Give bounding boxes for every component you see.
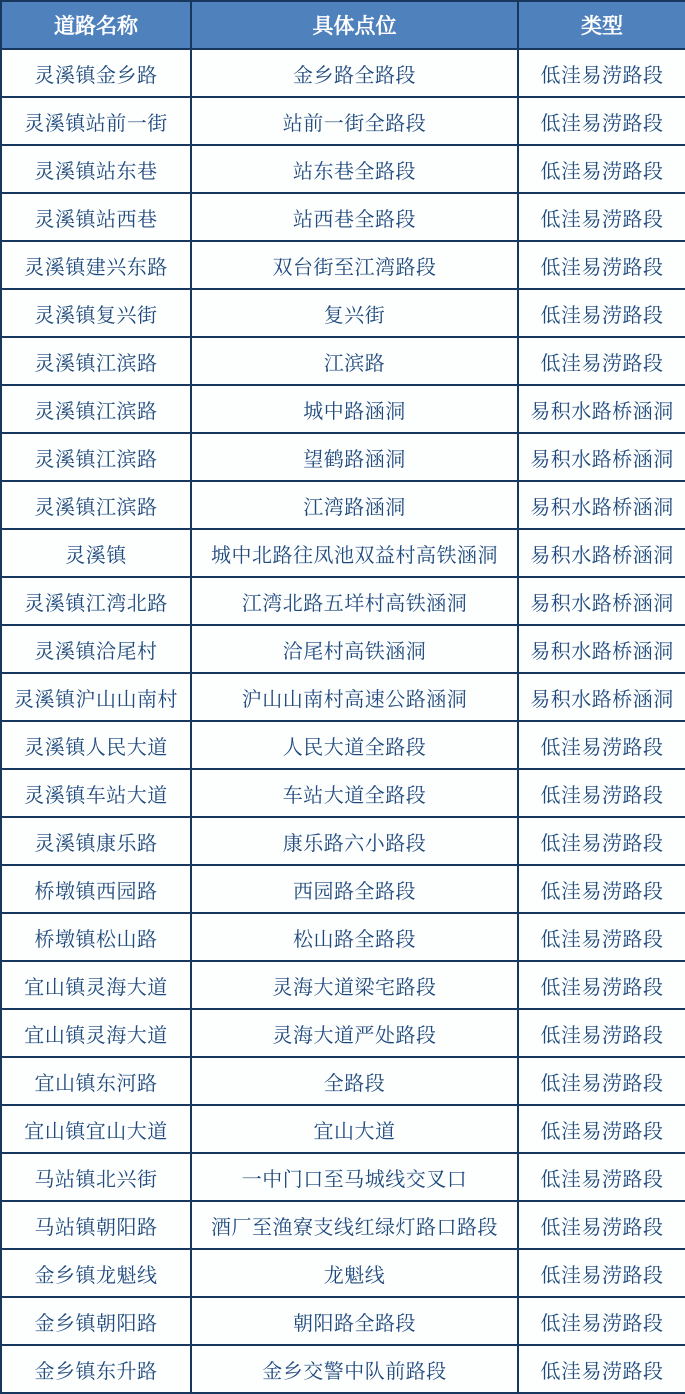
type-cell: 低洼易涝路段: [518, 49, 685, 97]
road-name-cell: 灵溪镇洽尾村: [1, 625, 191, 673]
road-name-cell: 马站镇朝阳路: [1, 1201, 191, 1249]
type-cell: 低洼易涝路段: [518, 97, 685, 145]
location-cell: 龙魁线: [191, 1249, 518, 1297]
road-name-cell: 灵溪镇站前一街: [1, 97, 191, 145]
location-cell: 松山路全路段: [191, 913, 518, 961]
table-row: 灵溪镇江滨路 江滨路 低洼易涝路段: [1, 337, 685, 385]
type-cell: 易积水路桥涵洞: [518, 433, 685, 481]
type-cell: 低洼易涝路段: [518, 241, 685, 289]
table-row: 灵溪镇站前一街 站前一街全路段 低洼易涝路段: [1, 97, 685, 145]
type-cell: 低洼易涝路段: [518, 961, 685, 1009]
type-cell: 低洼易涝路段: [518, 865, 685, 913]
location-cell: 站西巷全路段: [191, 193, 518, 241]
table-row: 金乡镇东升路 金乡交警中队前路段 低洼易涝路段: [1, 1345, 685, 1393]
table-row: 桥墩镇西园路 西园路全路段 低洼易涝路段: [1, 865, 685, 913]
type-cell: 低洼易涝路段: [518, 145, 685, 193]
type-cell: 低洼易涝路段: [518, 1153, 685, 1201]
table-row: 宜山镇东河路 全路段 低洼易涝路段: [1, 1057, 685, 1105]
type-cell: 低洼易涝路段: [518, 1297, 685, 1345]
type-cell: 低洼易涝路段: [518, 289, 685, 337]
location-cell: 城中路涵洞: [191, 385, 518, 433]
location-cell: 江滨路: [191, 337, 518, 385]
table-row: 宜山镇宜山大道 宜山大道 低洼易涝路段: [1, 1105, 685, 1153]
location-cell: 西园路全路段: [191, 865, 518, 913]
type-cell: 低洼易涝路段: [518, 1105, 685, 1153]
road-name-cell: 灵溪镇江滨路: [1, 337, 191, 385]
table-row: 桥墩镇松山路 松山路全路段 低洼易涝路段: [1, 913, 685, 961]
location-cell: 康乐路六小路段: [191, 817, 518, 865]
location-cell: 人民大道全路段: [191, 721, 518, 769]
table-row: 灵溪镇江滨路 城中路涵洞 易积水路桥涵洞: [1, 385, 685, 433]
road-name-cell: 金乡镇朝阳路: [1, 1297, 191, 1345]
road-name-cell: 宜山镇灵海大道: [1, 1009, 191, 1057]
header-road-name: 道路名称: [1, 1, 191, 49]
table-header: 道路名称 具体点位 类型: [1, 1, 685, 49]
location-cell: 宜山大道: [191, 1105, 518, 1153]
road-name-cell: 灵溪镇站西巷: [1, 193, 191, 241]
road-name-cell: 灵溪镇江滨路: [1, 481, 191, 529]
table-row: 灵溪镇复兴街 复兴街 低洼易涝路段: [1, 289, 685, 337]
location-cell: 江湾北路五垟村高铁涵洞: [191, 577, 518, 625]
table-row: 灵溪镇车站大道 车站大道全路段 低洼易涝路段: [1, 769, 685, 817]
road-name-cell: 灵溪镇建兴东路: [1, 241, 191, 289]
location-cell: 全路段: [191, 1057, 518, 1105]
header-location: 具体点位: [191, 1, 518, 49]
road-name-cell: 金乡镇东升路: [1, 1345, 191, 1393]
location-cell: 车站大道全路段: [191, 769, 518, 817]
location-cell: 江湾路涵洞: [191, 481, 518, 529]
type-cell: 易积水路桥涵洞: [518, 481, 685, 529]
location-cell: 灵海大道梁宅路段: [191, 961, 518, 1009]
type-cell: 低洼易涝路段: [518, 1057, 685, 1105]
road-name-cell: 灵溪镇江湾北路: [1, 577, 191, 625]
table-row: 马站镇北兴街 一中门口至马城线交叉口 低洼易涝路段: [1, 1153, 685, 1201]
road-name-cell: 灵溪镇江滨路: [1, 433, 191, 481]
table-row: 灵溪镇建兴东路 双台街至江湾路段 低洼易涝路段: [1, 241, 685, 289]
location-cell: 朝阳路全路段: [191, 1297, 518, 1345]
type-cell: 易积水路桥涵洞: [518, 673, 685, 721]
type-cell: 低洼易涝路段: [518, 337, 685, 385]
road-name-cell: 灵溪镇金乡路: [1, 49, 191, 97]
road-name-cell: 灵溪镇复兴街: [1, 289, 191, 337]
table-body: 灵溪镇金乡路 金乡路全路段 低洼易涝路段 灵溪镇站前一街 站前一街全路段 低洼易…: [1, 49, 685, 1393]
table-row: 灵溪镇江滨路 望鹤路涵洞 易积水路桥涵洞: [1, 433, 685, 481]
location-cell: 灵海大道严处路段: [191, 1009, 518, 1057]
location-cell: 站东巷全路段: [191, 145, 518, 193]
header-type: 类型: [518, 1, 685, 49]
table-row: 马站镇朝阳路 酒厂至渔寮支线红绿灯路口路段 低洼易涝路段: [1, 1201, 685, 1249]
road-name-cell: 宜山镇东河路: [1, 1057, 191, 1105]
type-cell: 易积水路桥涵洞: [518, 385, 685, 433]
location-cell: 城中北路往凤池双益村高铁涵洞: [191, 529, 518, 577]
table-row: 金乡镇朝阳路 朝阳路全路段 低洼易涝路段: [1, 1297, 685, 1345]
table-row: 灵溪镇 城中北路往凤池双益村高铁涵洞 易积水路桥涵洞: [1, 529, 685, 577]
flood-roads-table: 道路名称 具体点位 类型 灵溪镇金乡路 金乡路全路段 低洼易涝路段 灵溪镇站前一…: [0, 0, 685, 1394]
table-row: 灵溪镇康乐路 康乐路六小路段 低洼易涝路段: [1, 817, 685, 865]
table-row: 宜山镇灵海大道 灵海大道梁宅路段 低洼易涝路段: [1, 961, 685, 1009]
road-name-cell: 桥墩镇西园路: [1, 865, 191, 913]
table-row: 金乡镇龙魁线 龙魁线 低洼易涝路段: [1, 1249, 685, 1297]
location-cell: 沪山山南村高速公路涵洞: [191, 673, 518, 721]
table-row: 灵溪镇沪山山南村 沪山山南村高速公路涵洞 易积水路桥涵洞: [1, 673, 685, 721]
type-cell: 低洼易涝路段: [518, 1201, 685, 1249]
road-name-cell: 宜山镇灵海大道: [1, 961, 191, 1009]
location-cell: 酒厂至渔寮支线红绿灯路口路段: [191, 1201, 518, 1249]
location-cell: 金乡交警中队前路段: [191, 1345, 518, 1393]
type-cell: 低洼易涝路段: [518, 769, 685, 817]
type-cell: 低洼易涝路段: [518, 721, 685, 769]
table-row: 灵溪镇江湾北路 江湾北路五垟村高铁涵洞 易积水路桥涵洞: [1, 577, 685, 625]
table-row: 灵溪镇江滨路 江湾路涵洞 易积水路桥涵洞: [1, 481, 685, 529]
type-cell: 易积水路桥涵洞: [518, 577, 685, 625]
road-name-cell: 灵溪镇人民大道: [1, 721, 191, 769]
road-name-cell: 灵溪镇车站大道: [1, 769, 191, 817]
road-name-cell: 灵溪镇康乐路: [1, 817, 191, 865]
road-name-cell: 桥墩镇松山路: [1, 913, 191, 961]
location-cell: 金乡路全路段: [191, 49, 518, 97]
type-cell: 低洼易涝路段: [518, 817, 685, 865]
road-name-cell: 灵溪镇江滨路: [1, 385, 191, 433]
type-cell: 低洼易涝路段: [518, 913, 685, 961]
header-row: 道路名称 具体点位 类型: [1, 1, 685, 49]
type-cell: 低洼易涝路段: [518, 1345, 685, 1393]
type-cell: 低洼易涝路段: [518, 1009, 685, 1057]
location-cell: 站前一街全路段: [191, 97, 518, 145]
table-row: 灵溪镇站西巷 站西巷全路段 低洼易涝路段: [1, 193, 685, 241]
table-row: 灵溪镇人民大道 人民大道全路段 低洼易涝路段: [1, 721, 685, 769]
table-row: 灵溪镇洽尾村 洽尾村高铁涵洞 易积水路桥涵洞: [1, 625, 685, 673]
road-name-cell: 灵溪镇沪山山南村: [1, 673, 191, 721]
road-name-cell: 灵溪镇站东巷: [1, 145, 191, 193]
location-cell: 洽尾村高铁涵洞: [191, 625, 518, 673]
road-name-cell: 宜山镇宜山大道: [1, 1105, 191, 1153]
type-cell: 易积水路桥涵洞: [518, 625, 685, 673]
type-cell: 低洼易涝路段: [518, 1249, 685, 1297]
location-cell: 双台街至江湾路段: [191, 241, 518, 289]
location-cell: 复兴街: [191, 289, 518, 337]
table-row: 宜山镇灵海大道 灵海大道严处路段 低洼易涝路段: [1, 1009, 685, 1057]
road-name-cell: 马站镇北兴街: [1, 1153, 191, 1201]
location-cell: 一中门口至马城线交叉口: [191, 1153, 518, 1201]
road-name-cell: 灵溪镇: [1, 529, 191, 577]
table-row: 灵溪镇金乡路 金乡路全路段 低洼易涝路段: [1, 49, 685, 97]
table-row: 灵溪镇站东巷 站东巷全路段 低洼易涝路段: [1, 145, 685, 193]
type-cell: 低洼易涝路段: [518, 193, 685, 241]
road-name-cell: 金乡镇龙魁线: [1, 1249, 191, 1297]
type-cell: 易积水路桥涵洞: [518, 529, 685, 577]
location-cell: 望鹤路涵洞: [191, 433, 518, 481]
